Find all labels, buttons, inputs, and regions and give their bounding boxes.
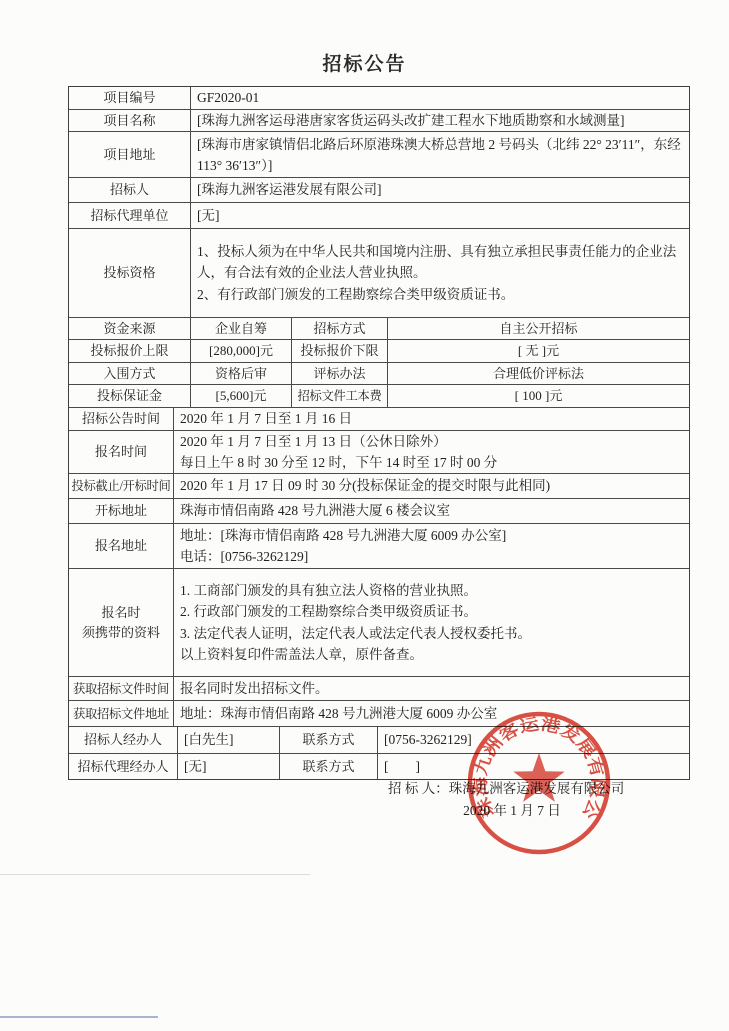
row-value-cell: 1、投标人须为在中华人民共和国境内注册、具有独立承担民事责任能力的企业法人，有合… bbox=[191, 229, 689, 317]
row-label-cell: 项目编号 bbox=[69, 87, 191, 109]
table-row: 投标资格 1、投标人须为在中华人民共和国境内注册、具有独立承担民事责任能力的企业… bbox=[69, 229, 689, 318]
value-line: 1. 工商部门颁发的具有独立法人资格的营业执照。 bbox=[180, 580, 477, 602]
row-value-cell: 地址：珠海市情侣南路 428 号九洲港大厦 6009 办公室 bbox=[174, 701, 689, 726]
row-label-cell: 报名时 须携带的资料 bbox=[69, 569, 174, 676]
row-label-cell: 开标地址 bbox=[69, 499, 174, 523]
signature-block: 招 标 人：珠海九洲客运港发展有限公司 2020 年 1 月 7 日 bbox=[388, 780, 636, 820]
table-row: 投标报价上限 [280,000]元 投标报价下限 [ 无 ]元 bbox=[69, 340, 689, 363]
value-line: 2、有行政部门颁发的工程勘察综合类甲级资质证书。 bbox=[197, 284, 514, 306]
table-row: 招标人 [珠海九洲客运港发展有限公司] bbox=[69, 178, 689, 203]
row-value-cell: 2020 年 1 月 17 日 09 时 30 分(投标保证金的提交时限与此相同… bbox=[174, 474, 689, 498]
value-line: 1、投标人须为在中华人民共和国境内注册、具有独立承担民事责任能力的企业法人，有合… bbox=[197, 241, 683, 284]
scan-artifact-line bbox=[0, 1016, 158, 1018]
row-value-cell: 1. 工商部门颁发的具有独立法人资格的营业执照。 2. 行政部门颁发的工程勘察综… bbox=[174, 569, 689, 676]
table-row: 招标代理经办人 [无] 联系方式 [ ] bbox=[69, 754, 689, 779]
row-value-cell: [5,600]元 bbox=[191, 385, 292, 407]
row-label-cell: 招标方式 bbox=[292, 318, 388, 339]
row-value-cell: [0756-3262129] bbox=[378, 727, 689, 753]
row-value-cell: 自主公开招标 bbox=[388, 318, 689, 339]
row-label-cell: 联系方式 bbox=[280, 727, 378, 753]
row-label-cell: 联系方式 bbox=[280, 754, 378, 779]
row-value-cell: 2020 年 1 月 7 日至 1 月 13 日（公休日除外） 每日上午 8 时… bbox=[174, 431, 689, 473]
label-line: 报名时 bbox=[101, 603, 140, 623]
row-value-cell: [无] bbox=[191, 203, 689, 228]
row-value-cell: GF2020-01 bbox=[191, 87, 689, 109]
table-row: 获取招标文件地址 地址：珠海市情侣南路 428 号九洲港大厦 6009 办公室 bbox=[69, 701, 689, 727]
row-label-cell: 招标人经办人 bbox=[69, 727, 178, 753]
row-value-cell: [280,000]元 bbox=[191, 340, 292, 362]
table-row: 获取招标文件时间 报名同时发出招标文件。 bbox=[69, 677, 689, 701]
row-value-cell: [珠海九洲客运母港唐家客货运码头改扩建工程水下地质勘察和水域测量] bbox=[191, 110, 689, 131]
row-label-cell: 评标办法 bbox=[292, 363, 388, 384]
table-row: 招标代理单位 [无] bbox=[69, 203, 689, 229]
row-label-cell: 获取招标文件地址 bbox=[69, 701, 174, 726]
row-label-cell: 招标文件工本费 bbox=[292, 385, 388, 407]
table-row: 报名时间 2020 年 1 月 7 日至 1 月 13 日（公休日除外） 每日上… bbox=[69, 431, 689, 474]
table-row: 开标地址 珠海市情侣南路 428 号九洲港大厦 6 楼会议室 bbox=[69, 499, 689, 524]
row-value-cell: [ 无 ]元 bbox=[388, 340, 689, 362]
table-row: 投标保证金 [5,600]元 招标文件工本费 [ 100 ]元 bbox=[69, 385, 689, 408]
value-line: 3. 法定代表人证明，法定代表人或法定代表人授权委托书。 bbox=[180, 623, 531, 645]
table-row: 招标人经办人 [白先生] 联系方式 [0756-3262129] bbox=[69, 727, 689, 754]
table-row: 项目地址 [珠海市唐家镇情侣北路后环原港珠澳大桥总营地 2 号码头（北纬 22°… bbox=[69, 132, 689, 178]
value-line: 地址：[珠海市情侣南路 428 号九洲港大厦 6009 办公室] bbox=[180, 525, 506, 547]
row-value-cell: 企业自筹 bbox=[191, 318, 292, 339]
row-value-cell: [珠海市唐家镇情侣北路后环原港珠澳大桥总营地 2 号码头（北纬 22° 23′1… bbox=[191, 132, 689, 177]
row-value-cell: 合理低价评标法 bbox=[388, 363, 689, 384]
row-label-cell: 报名地址 bbox=[69, 524, 174, 568]
table-row: 报名时 须携带的资料 1. 工商部门颁发的具有独立法人资格的营业执照。 2. 行… bbox=[69, 569, 689, 677]
table-row: 项目名称 [珠海九洲客运母港唐家客货运码头改扩建工程水下地质勘察和水域测量] bbox=[69, 110, 689, 132]
page-title: 招标公告 bbox=[0, 49, 729, 76]
row-value-cell: [ ] bbox=[378, 754, 689, 779]
tender-announcement-document: 招标公告 项目编号 GF2020-01 项目名称 [珠海九洲客运母港唐家客货运码… bbox=[0, 0, 729, 1031]
value-line: 每日上午 8 时 30 分至 12 时，下午 14 时至 17 时 00 分 bbox=[180, 452, 497, 474]
value-line: 以上资料复印件需盖法人章，原件备查。 bbox=[180, 644, 423, 666]
row-label-cell: 报名时间 bbox=[69, 431, 174, 473]
signature-date: 2020 年 1 月 7 日 bbox=[388, 802, 636, 820]
row-label-cell: 投标资格 bbox=[69, 229, 191, 317]
table-row: 入围方式 资格后审 评标办法 合理低价评标法 bbox=[69, 363, 689, 385]
table-row: 招标公告时间 2020 年 1 月 7 日至 1 月 16 日 bbox=[69, 408, 689, 431]
row-label-cell: 招标公告时间 bbox=[69, 408, 174, 430]
row-label-cell: 投标截止/开标时间 bbox=[69, 474, 174, 498]
row-value-cell: [ 100 ]元 bbox=[388, 385, 689, 407]
row-label-cell: 投标报价下限 bbox=[292, 340, 388, 362]
row-value-cell: 地址：[珠海市情侣南路 428 号九洲港大厦 6009 办公室] 电话：[075… bbox=[174, 524, 689, 568]
signature-tenderer: 招 标 人：珠海九洲客运港发展有限公司 bbox=[388, 780, 636, 798]
row-label-cell: 获取招标文件时间 bbox=[69, 677, 174, 700]
row-value-cell: 报名同时发出招标文件。 bbox=[174, 677, 689, 700]
row-label-cell: 投标保证金 bbox=[69, 385, 191, 407]
value-line: 2020 年 1 月 7 日至 1 月 13 日（公休日除外） bbox=[180, 431, 447, 453]
row-value-cell: 资格后审 bbox=[191, 363, 292, 384]
row-label-cell: 招标人 bbox=[69, 178, 191, 202]
table-row: 项目编号 GF2020-01 bbox=[69, 87, 689, 110]
row-label-cell: 项目名称 bbox=[69, 110, 191, 131]
table-row: 报名地址 地址：[珠海市情侣南路 428 号九洲港大厦 6009 办公室] 电话… bbox=[69, 524, 689, 569]
row-value-cell: 珠海市情侣南路 428 号九洲港大厦 6 楼会议室 bbox=[174, 499, 689, 523]
row-label-cell: 招标代理经办人 bbox=[69, 754, 178, 779]
row-value-cell: 2020 年 1 月 7 日至 1 月 16 日 bbox=[174, 408, 689, 430]
row-value-cell: [白先生] bbox=[178, 727, 280, 753]
scan-artifact-line bbox=[0, 874, 310, 875]
label-line: 须携带的资料 bbox=[82, 623, 160, 643]
row-value-cell: [无] bbox=[178, 754, 280, 779]
row-label-cell: 入围方式 bbox=[69, 363, 191, 384]
row-value-cell: [珠海九洲客运港发展有限公司] bbox=[191, 178, 689, 202]
row-label-cell: 招标代理单位 bbox=[69, 203, 191, 228]
value-line: 电话：[0756-3262129] bbox=[180, 546, 308, 568]
row-label-cell: 项目地址 bbox=[69, 132, 191, 177]
tender-info-table: 项目编号 GF2020-01 项目名称 [珠海九洲客运母港唐家客货运码头改扩建工… bbox=[68, 86, 690, 780]
row-label-cell: 投标报价上限 bbox=[69, 340, 191, 362]
table-row: 投标截止/开标时间 2020 年 1 月 17 日 09 时 30 分(投标保证… bbox=[69, 474, 689, 499]
table-row: 资金来源 企业自筹 招标方式 自主公开招标 bbox=[69, 318, 689, 340]
value-line: 2. 行政部门颁发的工程勘察综合类甲级资质证书。 bbox=[180, 601, 477, 623]
row-label-cell: 资金来源 bbox=[69, 318, 191, 339]
